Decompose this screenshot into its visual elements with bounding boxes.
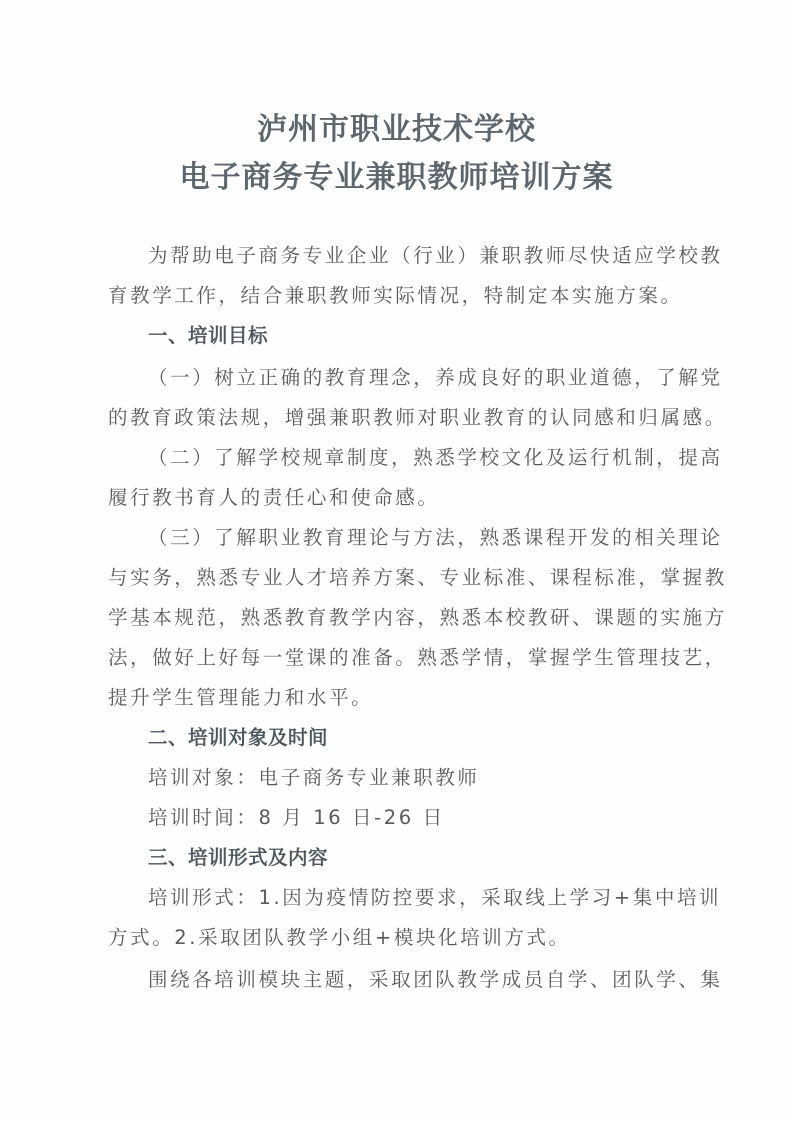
goal-item-3-line: （三）了解职业教育理论与方法，熟悉课程开发的相关理论 (148, 524, 738, 552)
section-heading-goals: 一、培训目标 (148, 322, 268, 350)
training-time: 培训时间：8 月 16 日-26 日 (148, 804, 738, 832)
goal-item-3-line: 法，做好上好每一堂课的准备。熟悉学情，掌握学生管理技艺， (108, 644, 698, 672)
training-form-line: 方式。2.采取团队教学小组+模块化培训方式。 (108, 924, 698, 952)
training-target: 培训对象：电子商务专业兼职教师 (148, 764, 738, 792)
goal-item-3-line: 学基本规范，熟悉教育教学内容，熟悉本校教研、课题的实施方 (108, 604, 698, 632)
section-heading-form-content: 三、培训形式及内容 (148, 844, 328, 872)
goal-item-1-line: （一）树立正确的教育理念，养成良好的职业道德，了解党 (148, 364, 738, 392)
intro-paragraph-line: 育教学工作，结合兼职教师实际情况，特制定本实施方案。 (108, 282, 698, 310)
intro-paragraph-line: 为帮助电子商务专业企业（行业）兼职教师尽快适应学校教 (148, 242, 738, 270)
goal-item-2-line: （二）了解学校规章制度，熟悉学校文化及运行机制，提高 (148, 444, 738, 472)
training-form-line: 培训形式：1.因为疫情防控要求，采取线上学习+集中培训 (148, 884, 738, 912)
goal-item-3-line: 提升学生管理能力和水平。 (108, 684, 698, 712)
document-page: 泸州市职业技术学校 电子商务专业兼职教师培训方案 为帮助电子商务专业企业（行业）… (0, 0, 793, 1123)
section-heading-target-time: 二、培训对象及时间 (148, 724, 328, 752)
document-title-school: 泸州市职业技术学校 (0, 112, 793, 148)
goal-item-2-line: 履行教书育人的责任心和使命感。 (108, 484, 698, 512)
goal-item-3-line: 与实务，熟悉专业人才培养方案、专业标准、课程标准，掌握教 (108, 564, 698, 592)
goal-item-1-line: 的教育政策法规，增强兼职教师对职业教育的认同感和归属感。 (108, 404, 698, 432)
training-content-line: 围绕各培训模块主题，采取团队教学成员自学、团队学、集 (148, 966, 738, 994)
document-title-plan: 电子商务专业兼职教师培训方案 (0, 160, 793, 196)
